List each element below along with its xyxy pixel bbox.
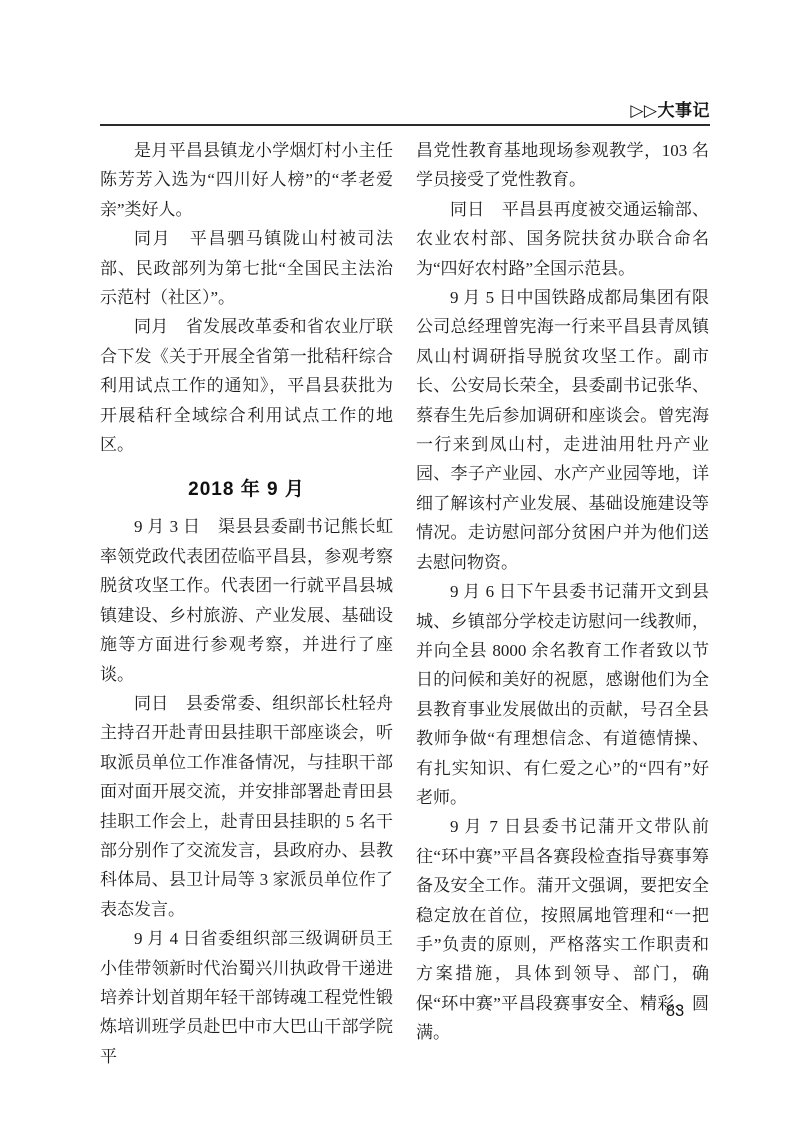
page-number: 83 bbox=[640, 1002, 710, 1021]
paragraph: 同月 平昌驷马镇陇山村被司法部、民政部列为第七批“全国民主法治示范村（社区）”。 bbox=[100, 224, 393, 312]
paragraph: 是月平昌县镇龙小学烟灯村小主任陈芳芳入选为“四川好人榜”的“孝老爱亲”类好人。 bbox=[100, 136, 393, 224]
paragraph: 9 月 4 日省委组织部三级调研员王小佳带领新时代治蜀兴川执政骨干递进培养计划首… bbox=[100, 924, 393, 1071]
right-column: 昌党性教育基地现场参观教学，103 名学员接受了党性教育。 同日 平昌县再度被交… bbox=[416, 136, 709, 1071]
paragraph: 同日 平昌县再度被交通运输部、农业农村部、国务院扶贫办联合命名为“四好农村路”全… bbox=[416, 195, 709, 283]
header-rule bbox=[100, 124, 710, 126]
two-column-text-block: 是月平昌县镇龙小学烟灯村小主任陈芳芳入选为“四川好人榜”的“孝老爱亲”类好人。 … bbox=[100, 136, 710, 1071]
paragraph: 9 月 5 日中国铁路成都局集团有限公司总经理曾宪海一行来平昌县青凤镇凤山村调研… bbox=[416, 283, 709, 577]
paragraph: 9 月 6 日下午县委书记蒲开文到县城、乡镇部分学校走访慰问一线教师，并向全县 … bbox=[416, 577, 709, 812]
paragraph: 同日 县委常委、组织部长杜轻舟主持召开赴青田县挂职干部座谈会，听取派员单位工作准… bbox=[100, 689, 393, 924]
document-page: ▷▷大事记 是月平昌县镇龙小学烟灯村小主任陈芳芳入选为“四川好人榜”的“孝老爱亲… bbox=[0, 0, 793, 1122]
section-heading: 2018 年 9 月 bbox=[100, 474, 393, 501]
paragraph-continuation: 昌党性教育基地现场参观教学，103 名学员接受了党性教育。 bbox=[416, 136, 709, 195]
paragraph: 同月 省发展改革委和省农业厅联合下发《关于开展全省第一批秸秆综合利用试点工作的通… bbox=[100, 312, 393, 459]
running-head: ▷▷大事记 bbox=[630, 96, 710, 121]
left-column: 是月平昌县镇龙小学烟灯村小主任陈芳芳入选为“四川好人榜”的“孝老爱亲”类好人。 … bbox=[100, 136, 393, 1071]
paragraph: 9 月 3 日 渠县县委副书记熊长虹率领党政代表团莅临平昌县，参观考察脱贫攻坚工… bbox=[100, 512, 393, 688]
